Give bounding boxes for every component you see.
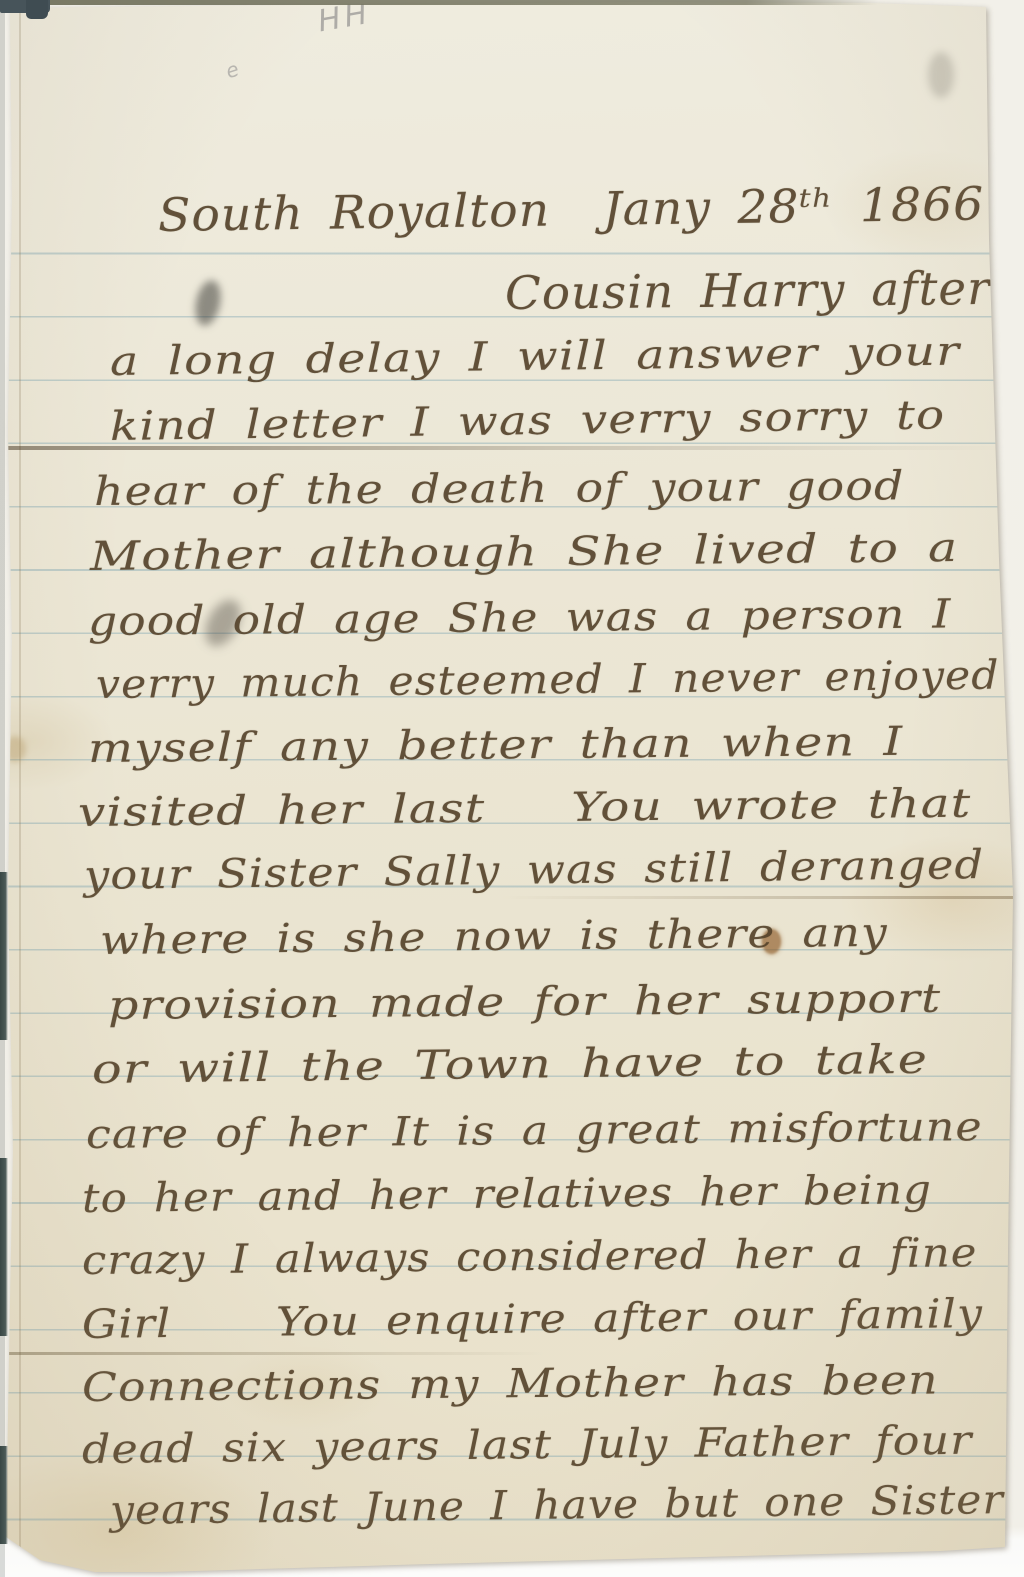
letter-line: myself any better than when I bbox=[88, 720, 904, 771]
letter-line: or will the Town have to take bbox=[92, 1038, 929, 1092]
binder-edge-faint bbox=[0, 0, 5, 1577]
letter-salutation: Cousin Harry after bbox=[505, 263, 991, 319]
letter-paper: HH e South Royalton Jany 28ᵗʰ 1866 Cousi… bbox=[0, 0, 1024, 1577]
handwriting-block: South Royalton Jany 28ᵗʰ 1866 Cousin Har… bbox=[0, 0, 1024, 1577]
paper-shadow-wrap: HH e South Royalton Jany 28ᵗʰ 1866 Cousi… bbox=[0, 0, 1024, 1577]
letter-line: Girl You enquire after our family bbox=[82, 1292, 984, 1347]
letter-line: care of her It is a great misfortune bbox=[86, 1105, 983, 1157]
scan-top-edge-line bbox=[0, 0, 878, 5]
letter-line: Mother although She lived to a bbox=[90, 526, 959, 579]
letter-line: good old age She was a person I bbox=[88, 592, 952, 644]
letter-line: visited her last You wrote that bbox=[78, 782, 972, 835]
letter-line: your Sister Sally was still deranged bbox=[84, 843, 985, 898]
letter-line: to her and her relatives her being bbox=[82, 1168, 932, 1221]
letter-line: verry much esteemed I never enjoyed bbox=[96, 654, 1000, 707]
binder-edge-segment bbox=[0, 1158, 8, 1336]
letter-line: where is she now is there any bbox=[100, 911, 888, 963]
letter-line: years last June I have but one Sister bbox=[110, 1478, 1004, 1533]
binder-clip-tab bbox=[26, 0, 48, 19]
scanned-letter-page: HH e South Royalton Jany 28ᵗʰ 1866 Cousi… bbox=[0, 0, 1024, 1577]
letter-dateline: South Royalton Jany 28ᵗʰ 1866 bbox=[158, 178, 985, 240]
letter-line: hear of the death of your good bbox=[94, 464, 905, 514]
letter-line: kind letter I was verry sorry to bbox=[110, 393, 946, 449]
binder-edge-segment bbox=[0, 872, 8, 1040]
letter-line: a long delay I will answer your bbox=[110, 330, 961, 384]
letter-line: provision made for her support bbox=[108, 977, 942, 1028]
binder-edge-segment bbox=[0, 1446, 8, 1544]
letter-line: crazy I always considered her a fine bbox=[82, 1231, 978, 1283]
letter-line: dead six years last July Father four bbox=[82, 1419, 973, 1472]
letter-line: Connections my Mother has been bbox=[82, 1359, 939, 1410]
